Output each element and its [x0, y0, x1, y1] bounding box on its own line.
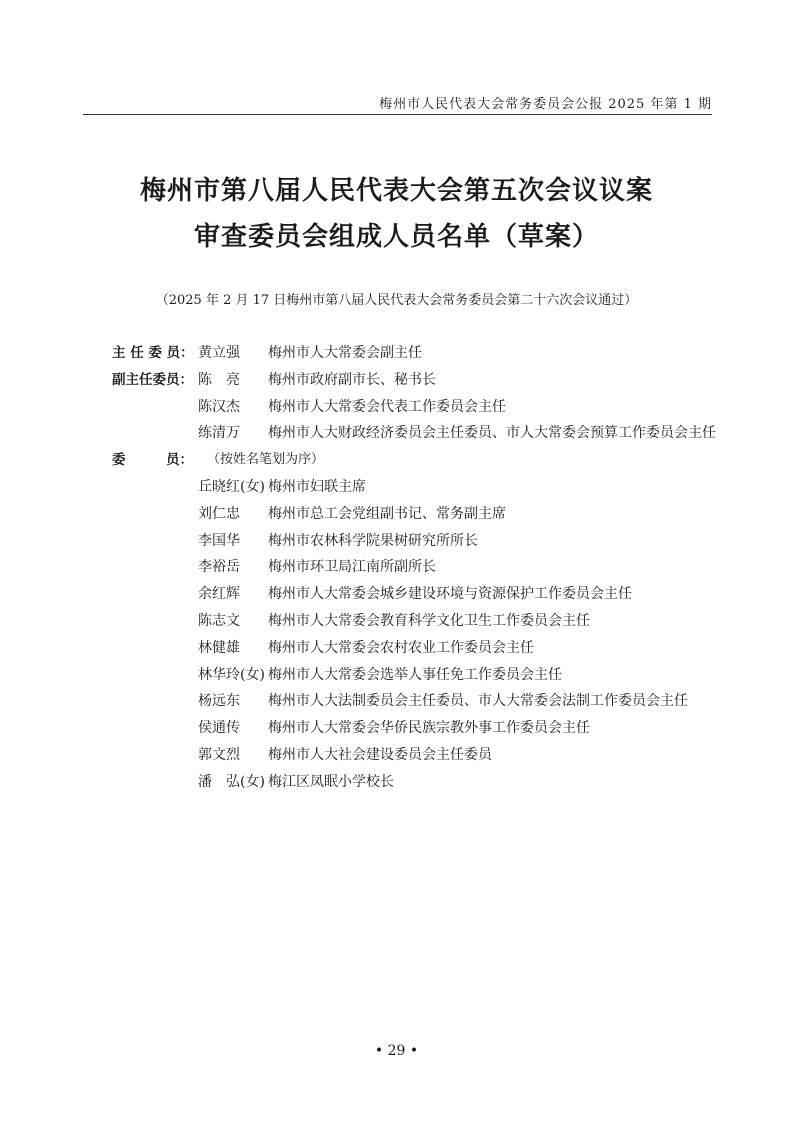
member-name: 李裕岳	[198, 554, 240, 581]
member-row: 林健雄 梅州市人大常委会农村农业工作委员会主任	[112, 635, 732, 662]
member-name: 陈汉杰	[198, 394, 240, 421]
member-name: 陈 亮	[198, 367, 240, 394]
member-name: 陈志文	[198, 608, 240, 635]
member-name: 丘晓红(女)	[198, 474, 265, 501]
member-row: 潘 弘(女) 梅江区凤眠小学校长	[112, 769, 732, 796]
member-row: 侯通传 梅州市人大常委会华侨民族宗教外事工作委员会主任	[112, 715, 732, 742]
member-duty: 梅州市总工会党组副书记、常务副主席	[268, 501, 506, 528]
member-name: 余红辉	[198, 581, 240, 608]
member-row: 李裕岳 梅州市环卫局江南所副所长	[112, 554, 732, 581]
member-row: 陈志文 梅州市人大常委会教育科学文化卫生工作委员会主任	[112, 608, 732, 635]
member-row: 林华玲(女) 梅州市人大常委会选举人事任免工作委员会主任	[112, 662, 732, 689]
members-heading-row: 委 员： （按姓名笔划为序）	[112, 447, 732, 474]
member-name: 练清万	[198, 420, 240, 447]
member-duty: 梅州市人大常委会城乡建设环境与资源保护工作委员会主任	[268, 581, 632, 608]
member-duty: 梅州市环卫局江南所副所长	[268, 554, 436, 581]
vice-chair-row: 陈汉杰 梅州市人大常委会代表工作委员会主任	[112, 394, 732, 421]
member-duty: 梅州市人大常委会副主任	[268, 340, 422, 367]
member-row: 丘晓红(女) 梅州市妇联主席	[112, 474, 732, 501]
member-duty: 梅州市人大法制委员会主任委员、市人大常委会法制工作委员会主任	[268, 688, 688, 715]
member-duty: 梅州市农林科学院果树研究所所长	[268, 528, 478, 555]
member-name: 黄立强	[198, 340, 240, 367]
member-duty: 梅江区凤眠小学校长	[268, 769, 394, 796]
member-name: 刘仁忠	[198, 501, 240, 528]
member-name: 李国华	[198, 528, 240, 555]
ordering-note: （按姓名笔划为序）	[207, 447, 324, 474]
member-duty: 梅州市政府副市长、秘书长	[268, 367, 436, 394]
member-name: 侯通传	[198, 715, 240, 742]
member-row: 刘仁忠 梅州市总工会党组副书记、常务副主席	[112, 501, 732, 528]
member-row: 余红辉 梅州市人大常委会城乡建设环境与资源保护工作委员会主任	[112, 581, 732, 608]
member-duty: 梅州市人大常委会教育科学文化卫生工作委员会主任	[268, 608, 590, 635]
role-label-vice-chair: 副主任委员：	[112, 367, 193, 394]
member-name: 林华玲(女)	[198, 662, 265, 689]
member-duty: 梅州市人大常委会代表工作委员会主任	[268, 394, 506, 421]
running-header-text: 梅州市人民代表大会常务委员会公报 2025 年第 1 期	[379, 93, 712, 112]
member-row: 李国华 梅州市农林科学院果树研究所所长	[112, 528, 732, 555]
vice-chair-row: 练清万 梅州市人大财政经济委员会主任委员、市人大常委会预算工作委员会主任	[112, 420, 732, 447]
adoption-note: （2025 年 2 月 17 日梅州市第八届人民代表大会常务委员会第二十六次会议…	[0, 289, 793, 308]
member-row: 杨远东 梅州市人大法制委员会主任委员、市人大常委会法制工作委员会主任	[112, 688, 732, 715]
committee-list: 主 任 委 员： 黄立强 梅州市人大常委会副主任 副主任委员： 陈 亮 梅州市政…	[112, 340, 732, 796]
member-duty: 梅州市人大常委会华侨民族宗教外事工作委员会主任	[268, 715, 590, 742]
member-row: 郭文烈 梅州市人大社会建设委员会主任委员	[112, 742, 732, 769]
member-duty: 梅州市人大常委会选举人事任免工作委员会主任	[268, 662, 562, 689]
vice-chair-row: 副主任委员： 陈 亮 梅州市政府副市长、秘书长	[112, 367, 732, 394]
page-number: • 29 •	[0, 1043, 793, 1059]
document-title-line-1: 梅州市第八届人民代表大会第五次会议议案	[0, 170, 793, 207]
member-duty: 梅州市人大社会建设委员会主任委员	[268, 742, 492, 769]
role-label-members: 委 员：	[112, 447, 193, 474]
member-duty: 梅州市人大财政经济委员会主任委员、市人大常委会预算工作委员会主任	[268, 420, 716, 447]
document-title-line-2: 审查委员会组成人员名单（草案）	[0, 216, 793, 253]
role-label-chair: 主 任 委 员：	[112, 340, 194, 367]
running-header: 梅州市人民代表大会常务委员会公报 2025 年第 1 期	[83, 90, 712, 115]
member-name: 潘 弘(女)	[198, 769, 265, 796]
chair-row: 主 任 委 员： 黄立强 梅州市人大常委会副主任	[112, 340, 732, 367]
member-name: 郭文烈	[198, 742, 240, 769]
member-duty: 梅州市人大常委会农村农业工作委员会主任	[268, 635, 534, 662]
member-name: 杨远东	[198, 688, 240, 715]
member-name: 林健雄	[198, 635, 240, 662]
member-duty: 梅州市妇联主席	[268, 474, 366, 501]
